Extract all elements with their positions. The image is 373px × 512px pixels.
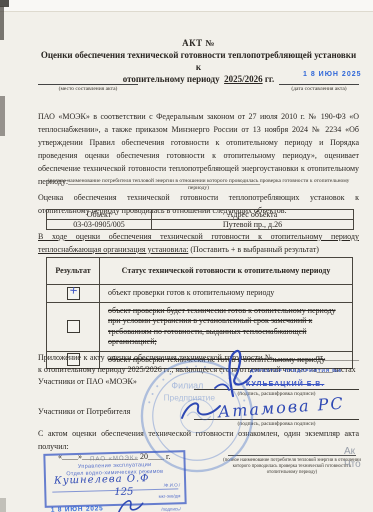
act-subtitle-line1: Оценки обеспечения технической готовност…	[38, 49, 359, 73]
table-row: 03-03-0905/005 Путевой пр., д.26	[47, 220, 354, 230]
scan-artifact	[0, 6, 4, 40]
objects-table-header-row: Объект Адрес объекта	[47, 210, 354, 220]
consumer-signature-squiggle	[178, 398, 223, 424]
moek-signature-squiggle	[205, 348, 260, 398]
stamp-unit-caption: мкг-экв/дм	[159, 492, 181, 500]
place-date-row: (место составления акта) (дата составлен…	[38, 84, 359, 93]
date-stamp: 1 8 ИЮН 2025	[303, 71, 367, 78]
place-blank-line	[38, 84, 138, 85]
status-ready-text: объект проверки готов к отопительному пе…	[100, 285, 353, 303]
stamp-fio-caption: /Ф.И.О./	[164, 481, 181, 488]
consumer-name-caption: (полное наименование потребителя теплово…	[38, 178, 359, 191]
scan-artifact	[0, 96, 5, 136]
scanned-act-document: { "header": { "act_title": "АКТ №", "sub…	[0, 0, 373, 512]
status-conditional-text: объект проверки будет технически готов к…	[100, 302, 353, 351]
checkbox-cell: +	[47, 285, 100, 303]
table-row-conditional: объект проверки будет технически готов к…	[47, 302, 353, 351]
place-field: (место составления акта)	[38, 84, 138, 93]
checkbox-cell	[47, 302, 100, 351]
result-table-header-row: Результат Статус технической готовности …	[47, 258, 353, 285]
checkbox-empty	[67, 320, 80, 333]
address-col-header: Адрес объекта	[152, 210, 354, 220]
assessment-lead-note: (Поставить + в выбранный результат)	[190, 245, 319, 254]
object-address-cell: Путевой пр., д.26	[152, 220, 354, 230]
stamp-signature-squiggle	[114, 497, 144, 512]
stamp-word-filial: Филиал	[171, 380, 203, 390]
act-number-title: АКТ №	[38, 37, 359, 49]
scan-top-edge	[0, 0, 373, 12]
assessment-lead: В ходе оценки обеспечения технической го…	[38, 231, 359, 256]
stamp-handwritten-value: 125	[114, 489, 133, 496]
date-caption: (дата составления акта)	[279, 86, 359, 93]
status-col-header: Статус технической готовности к отопител…	[100, 258, 353, 285]
stamp-handwritten-name: Кушнелева О.Ф	[54, 475, 150, 484]
scan-artifact	[0, 498, 6, 512]
intro-paragraph: ПАО «МОЭК» в соответствии с Федеральным …	[38, 110, 359, 188]
table-row-ready: + объект проверки готов к отопительному …	[47, 285, 353, 303]
checkbox-checked: +	[67, 287, 80, 300]
director-title-stamp: ДИРЕКТОР ПРЕДПРИЯТИЯ №6	[250, 369, 342, 374]
date-field: (дата составления акта)	[279, 84, 359, 93]
object-id-cell: 03-03-0905/005	[47, 220, 152, 230]
result-col-header: Результат	[47, 258, 100, 285]
adjacent-page-text: Ак Что	[344, 445, 361, 471]
stamp-date: 1 8 ИЮН 2025	[51, 505, 104, 512]
objects-col-header: Объект	[47, 210, 152, 220]
date-blank-line	[279, 84, 359, 85]
corner-department-stamp: ПАО «МОЭК» Управление эксплуатации Отдел…	[43, 450, 186, 508]
place-caption: (место составления акта)	[38, 86, 138, 93]
plus-mark: +	[67, 283, 79, 300]
stamp-sign-caption: /подпись/	[161, 505, 181, 512]
heating-period-years: 2025/2026	[224, 74, 263, 84]
objects-table: Объект Адрес объекта 03-03-0905/005 Путе…	[46, 209, 354, 230]
